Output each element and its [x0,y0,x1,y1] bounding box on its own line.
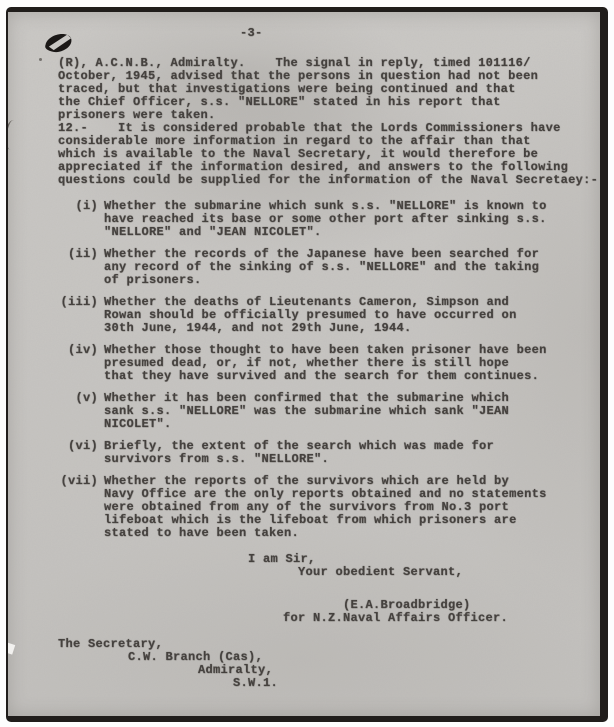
ink-blot-stain [42,30,77,64]
margin-pen-mark [8,119,21,150]
addressee-postcode: S.W.1. [233,677,600,690]
question-text: Whether the deaths of Lieutenants Camero… [104,296,517,335]
question-label: (vii) [58,475,98,540]
question-item-iii: (iii) Whether the deaths of Lieutenants … [58,296,600,335]
question-item-iv: (iv) Whether those thought to have been … [58,344,600,383]
question-label: (i) [58,200,98,239]
question-label: (iii) [58,296,98,335]
question-item-v: (v) Whether it has been confirmed that t… [58,392,600,431]
signature-title: for N.Z.Naval Affairs Officer. [283,612,600,625]
question-text: Whether those thought to have been taken… [104,344,547,383]
closing-valediction: Your obedient Servant, [298,566,600,579]
paragraph-signal-reply: (R), A.C.N.B., Admiralty. The signal in … [58,57,600,122]
question-text: Whether the submarine which sunk s.s. "N… [104,200,547,239]
question-text: Briefly, the extent of the search which … [104,440,494,466]
question-text: Whether the records of the Japanese have… [104,248,539,287]
paper-edge-notch [8,641,15,654]
document-page: -3- (R), A.C.N.B., Admiralty. The signal… [8,12,600,716]
question-text: Whether it has been confirmed that the s… [104,392,509,431]
stray-ink-dot [39,58,42,61]
question-label: (vi) [58,440,98,466]
scan-frame: -3- (R), A.C.N.B., Admiralty. The signal… [6,7,608,722]
question-item-vii: (vii) Whether the reports of the survivo… [58,475,600,540]
question-label: (ii) [58,248,98,287]
question-item-ii: (ii) Whether the records of the Japanese… [58,248,600,287]
page-number: -3- [240,27,600,40]
question-label: (iv) [58,344,98,383]
question-item-vi: (vi) Briefly, the extent of the search w… [58,440,600,466]
question-item-i: (i) Whether the submarine which sunk s.s… [58,200,600,239]
question-label: (v) [58,392,98,431]
paragraph-12: 12.- It is considered probable that the … [58,122,600,187]
question-text: Whether the reports of the survivors whi… [104,475,547,540]
questions-list: (i) Whether the submarine which sunk s.s… [58,200,600,540]
